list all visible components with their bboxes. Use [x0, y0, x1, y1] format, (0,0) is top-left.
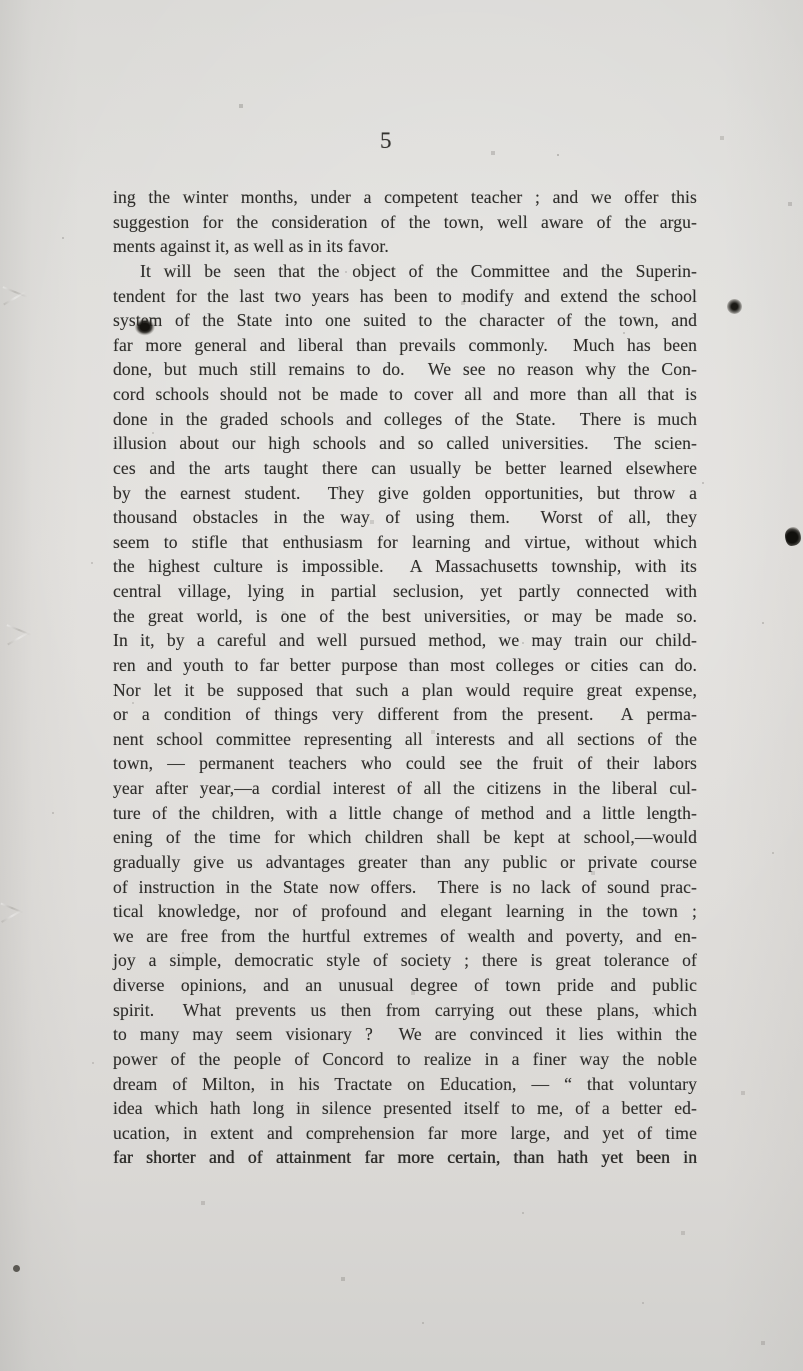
- paper-crease: [2, 280, 28, 308]
- text-block: ing the winter months, under a competent…: [113, 185, 697, 1170]
- text-line: the great world, is one of the best univ…: [113, 604, 697, 629]
- page-number: 5: [380, 128, 393, 154]
- text-line: ucation, in extent and comprehension far…: [113, 1121, 697, 1146]
- text-line: cord schools should not be made to cover…: [113, 382, 697, 407]
- text-line: It will be seen that the object of the C…: [113, 259, 697, 284]
- text-line: idea which hath long in silence presente…: [113, 1096, 697, 1121]
- ink-speck: [785, 527, 801, 546]
- text-line: spirit. What prevents us then from carry…: [113, 998, 697, 1023]
- text-line: In it, by a careful and well pursued met…: [113, 628, 697, 653]
- ink-speck: [13, 1265, 20, 1272]
- text-line: seem to stifle that enthusiasm for learn…: [113, 530, 697, 555]
- text-line: power of the people of Concord to realiz…: [113, 1047, 697, 1072]
- text-line: far shorter and of attainment far more c…: [113, 1145, 697, 1170]
- text-line: the highest culture is impossible. A Mas…: [113, 554, 697, 579]
- text-line: nent school committee representing all i…: [113, 727, 697, 752]
- paper-specks: [0, 0, 2, 2]
- text-line: ces and the arts taught there can usuall…: [113, 456, 697, 481]
- text-line: Nor let it be supposed that such a plan …: [113, 678, 697, 703]
- text-line: tendent for the last two years has been …: [113, 284, 697, 309]
- text-line: we are free from the hurtful extremes of…: [113, 924, 697, 949]
- text-line: town, — permanent teachers who could see…: [113, 751, 697, 776]
- text-line: done in the graded schools and colleges …: [113, 407, 697, 432]
- text-line: by the earnest student. They give golden…: [113, 481, 697, 506]
- text-line: thousand obstacles in the way of using t…: [113, 505, 697, 530]
- text-line: ening of the time for which children sha…: [113, 825, 697, 850]
- paper-crease: [6, 618, 32, 648]
- text-line: ture of the children, with a little chan…: [113, 801, 697, 826]
- paper-crease: [0, 895, 24, 927]
- text-line: or a condition of things very different …: [113, 702, 697, 727]
- text-line: central village, lying in partial seclus…: [113, 579, 697, 604]
- text-line: done, but much still remains to do. We s…: [113, 357, 697, 382]
- text-line: suggestion for the consideration of the …: [113, 210, 697, 235]
- text-line: gradually give us advantages greater tha…: [113, 850, 697, 875]
- scanned-page: 5 ing the winter months, under a compete…: [0, 0, 803, 1371]
- text-line: illusion about our high schools and so c…: [113, 431, 697, 456]
- text-line: ren and youth to far better purpose than…: [113, 653, 697, 678]
- text-line: ments against it, as well as in its favo…: [113, 234, 697, 259]
- text-line: ing the winter months, under a competent…: [113, 185, 697, 210]
- text-line: far more general and liberal than prevai…: [113, 333, 697, 358]
- text-line: tical knowledge, nor of profound and ele…: [113, 899, 697, 924]
- ink-speck: [727, 299, 742, 314]
- text-line: system of the State into one suited to t…: [113, 308, 697, 333]
- text-line: diverse opinions, and an unusual degree …: [113, 973, 697, 998]
- text-line: of instruction in the State now offers. …: [113, 875, 697, 900]
- text-line: dream of Milton, in his Tractate on Educ…: [113, 1072, 697, 1097]
- text-line: year after year,—a cordial interest of a…: [113, 776, 697, 801]
- text-line: to many may seem visionary ? We are conv…: [113, 1022, 697, 1047]
- text-line: joy a simple, democratic style of societ…: [113, 948, 697, 973]
